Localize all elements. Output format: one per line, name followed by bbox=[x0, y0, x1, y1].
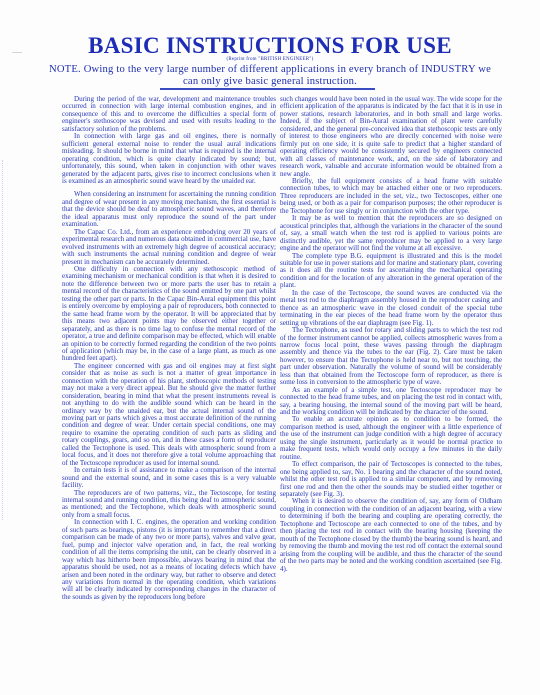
paragraph: Briefly, the full equipment consists of … bbox=[280, 178, 502, 215]
paragraph: such changes would have been noted in th… bbox=[280, 96, 502, 178]
paragraph: As an example of a simple test, one Tect… bbox=[280, 387, 502, 417]
paragraph: When it is desired to observe the condit… bbox=[280, 498, 502, 573]
title-divider bbox=[160, 88, 375, 90]
paragraph: In certain tests it is of assistance to … bbox=[62, 467, 276, 489]
paragraph: The reproducers are of two patterns, viz… bbox=[62, 490, 276, 520]
paragraph: To effect comparison, the pair of Tectos… bbox=[280, 461, 502, 498]
paragraph: In the case of the Tectoscope, the sound… bbox=[280, 290, 502, 327]
paragraph: The Capac Co. Ltd., from an experience e… bbox=[62, 229, 276, 266]
paragraph: The Tectophone, as used for rotary and s… bbox=[280, 327, 502, 387]
paragraph: One difficulty in connection with any st… bbox=[62, 266, 276, 363]
paragraph: In connection with I. C. engines, the op… bbox=[62, 519, 276, 601]
right-column: such changes would have been noted in th… bbox=[280, 96, 502, 573]
paragraph: During the period of the war, developmen… bbox=[62, 96, 276, 133]
paragraph: In connection with large gas and oil eng… bbox=[62, 133, 276, 185]
paragraph: It may be as well to mention that the re… bbox=[280, 215, 502, 252]
paragraph: To enable an accurate opinion as to cond… bbox=[280, 416, 502, 461]
reprint-source: (Reprint from "BRITISH ENGINEER") bbox=[0, 57, 540, 62]
page-edge-marks bbox=[2, 160, 11, 520]
paragraph: When considering an instrument for ascer… bbox=[62, 191, 276, 228]
left-column: During the period of the war, developmen… bbox=[62, 96, 276, 601]
note-paragraph: NOTE. Owing to the very large number of … bbox=[40, 64, 500, 87]
paragraph: The complete type B.G. equipment is illu… bbox=[280, 253, 502, 290]
document-title: BASIC INSTRUCTIONS FOR USE bbox=[0, 33, 540, 59]
document-page: BASIC INSTRUCTIONS FOR USE (Reprint from… bbox=[0, 0, 540, 695]
paragraph: The engineer concerned with gas and oil … bbox=[62, 363, 276, 467]
